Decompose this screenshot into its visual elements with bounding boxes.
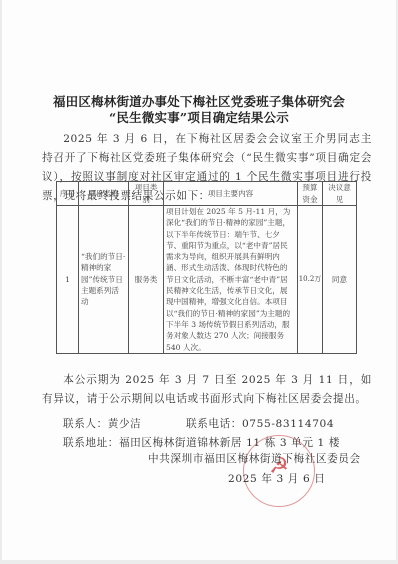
cell-content: 项目计划在 2025 年 5 月-11 月，为深化“我们的节日·精神的家园”主题… — [164, 206, 298, 354]
contact-phone-label: 联系电话： — [186, 418, 242, 430]
header-category: 项目类别 — [129, 182, 164, 206]
header-decision: 决议意见 — [323, 182, 357, 206]
header-index: 序号 — [57, 182, 79, 206]
contact-person-label: 联系人： — [63, 418, 108, 430]
issuer: 中共深圳市福田区梅林街道下梅社区委员会 — [148, 451, 361, 466]
issue-date: 2025 年 3 月 6 日 — [228, 471, 325, 486]
address-label: 联系地址： — [63, 437, 119, 449]
contact-person-row: 联系人：黄少洁 — [63, 416, 141, 431]
table-row: 1 “我们的节日·精神的家园”传统节日主题系列活动 服务类 项目计划在 2025… — [57, 206, 357, 354]
contact-phone-row: 联系电话：0755-83114704 — [186, 416, 334, 431]
address: 福田区梅林街道锦林新居 11 栋 3 单元 1 楼 — [119, 437, 340, 449]
contact-phone: 0755-83114704 — [242, 418, 334, 430]
contact-person: 黄少洁 — [108, 418, 142, 430]
cell-category: 服务类 — [129, 206, 164, 354]
cell-index: 1 — [57, 206, 79, 354]
header-budget: 预算资金 — [298, 182, 323, 206]
cell-budget: 10.2万 — [298, 206, 323, 354]
document-title-line2: “民生微实事”项目确定结果公示 — [0, 108, 398, 126]
cell-decision: 同意 — [323, 206, 357, 354]
cell-name: “我们的节日·精神的家园”传统节日主题系列活动 — [79, 206, 129, 354]
header-content: 项目主要内容 — [164, 182, 298, 206]
notice-period: 本公示期为 2025 年 3 月 7 日至 2025 年 3 月 11 日，如有… — [42, 371, 372, 409]
result-table: 序号 项目名称 项目类别 项目主要内容 预算资金 决议意见 1 “我们的节日·精… — [56, 181, 357, 354]
header-name: 项目名称 — [79, 182, 129, 206]
table-header-row: 序号 项目名称 项目类别 项目主要内容 预算资金 决议意见 — [57, 182, 357, 206]
